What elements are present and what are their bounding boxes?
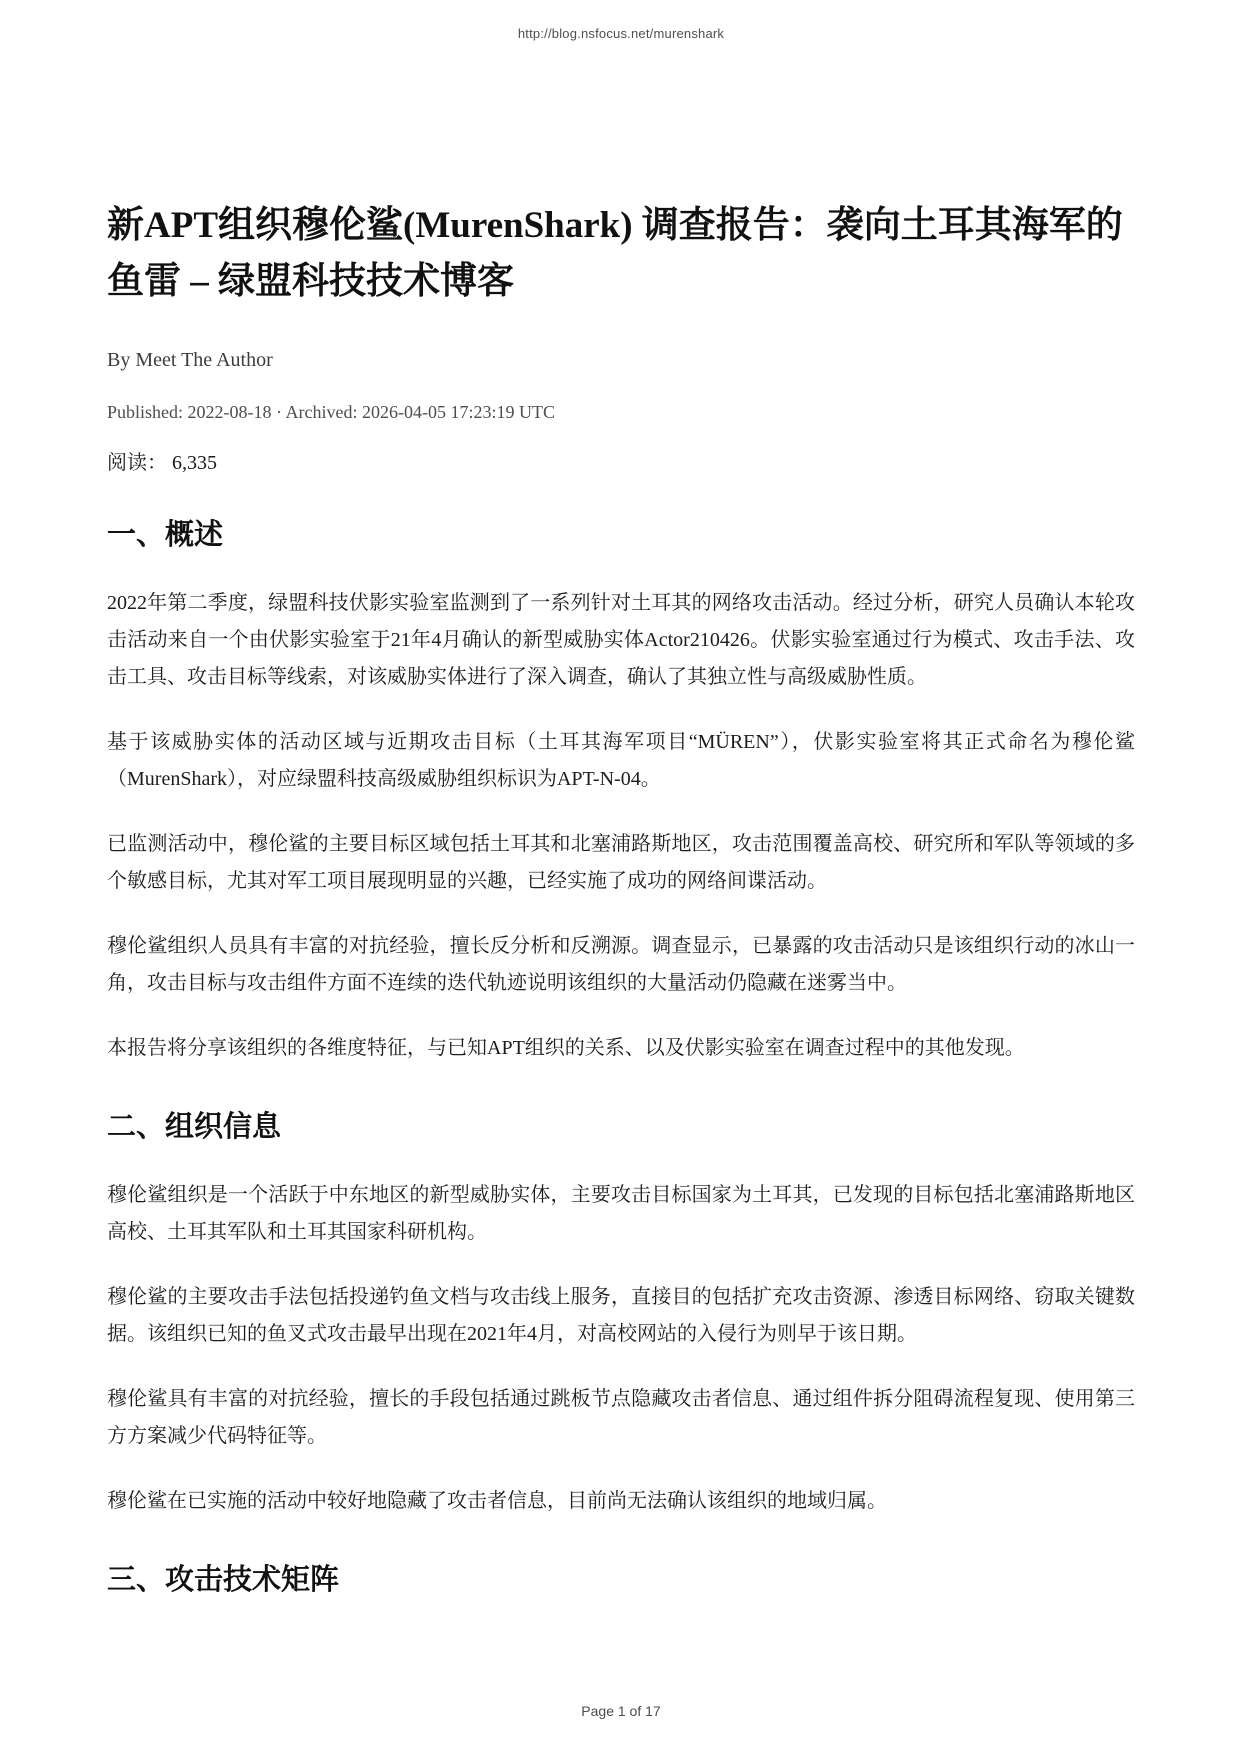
paragraph: 穆伦鲨的主要攻击手法包括投递钓鱼文档与攻击线上服务，直接目的包括扩充攻击资源、渗… <box>107 1279 1135 1353</box>
source-url-header: http://blog.nsfocus.net/murenshark <box>0 26 1242 41</box>
section-heading-overview: 一、概述 <box>107 515 1135 555</box>
paragraph: 2022年第二季度，绿盟科技伏影实验室监测到了一系列针对土耳其的网络攻击活动。经… <box>107 585 1135 696</box>
section-heading-group-info: 二、组织信息 <box>107 1107 1135 1147</box>
document-page: http://blog.nsfocus.net/murenshark 新APT组… <box>0 0 1242 1756</box>
paragraph: 穆伦鲨组织人员具有丰富的对抗经验，擅长反分析和反溯源。调查显示，已暴露的攻击活动… <box>107 928 1135 1002</box>
paragraph: 穆伦鲨在已实施的活动中较好地隐藏了攻击者信息，目前尚无法确认该组织的地域归属。 <box>107 1483 1135 1520</box>
byline: By Meet The Author <box>107 348 1135 372</box>
section-heading-attack-matrix: 三、攻击技术矩阵 <box>107 1560 1135 1600</box>
paragraph: 基于该威胁实体的活动区域与近期攻击目标（土耳其海军项目“MÜREN”），伏影实验… <box>107 724 1135 798</box>
article-content: 新APT组织穆伦鲨(MurenShark) 调查报告：袭向土耳其海军的鱼雷 – … <box>107 0 1135 1600</box>
paragraph: 穆伦鲨具有丰富的对抗经验，擅长的手段包括通过跳板节点隐藏攻击者信息、通过组件拆分… <box>107 1381 1135 1455</box>
page-number-footer: Page 1 of 17 <box>0 1703 1242 1719</box>
article-title: 新APT组织穆伦鲨(MurenShark) 调查报告：袭向土耳其海军的鱼雷 – … <box>107 198 1135 310</box>
read-count: 阅读： 6,335 <box>107 451 1135 475</box>
paragraph: 穆伦鲨组织是一个活跃于中东地区的新型威胁实体，主要攻击目标国家为土耳其，已发现的… <box>107 1177 1135 1251</box>
paragraph: 已监测活动中，穆伦鲨的主要目标区域包括土耳其和北塞浦路斯地区，攻击范围覆盖高校、… <box>107 826 1135 900</box>
paragraph: 本报告将分享该组织的各维度特征，与已知APT组织的关系、以及伏影实验室在调查过程… <box>107 1030 1135 1067</box>
published-archived-meta: Published: 2022-08-18 · Archived: 2026-0… <box>107 401 1135 423</box>
